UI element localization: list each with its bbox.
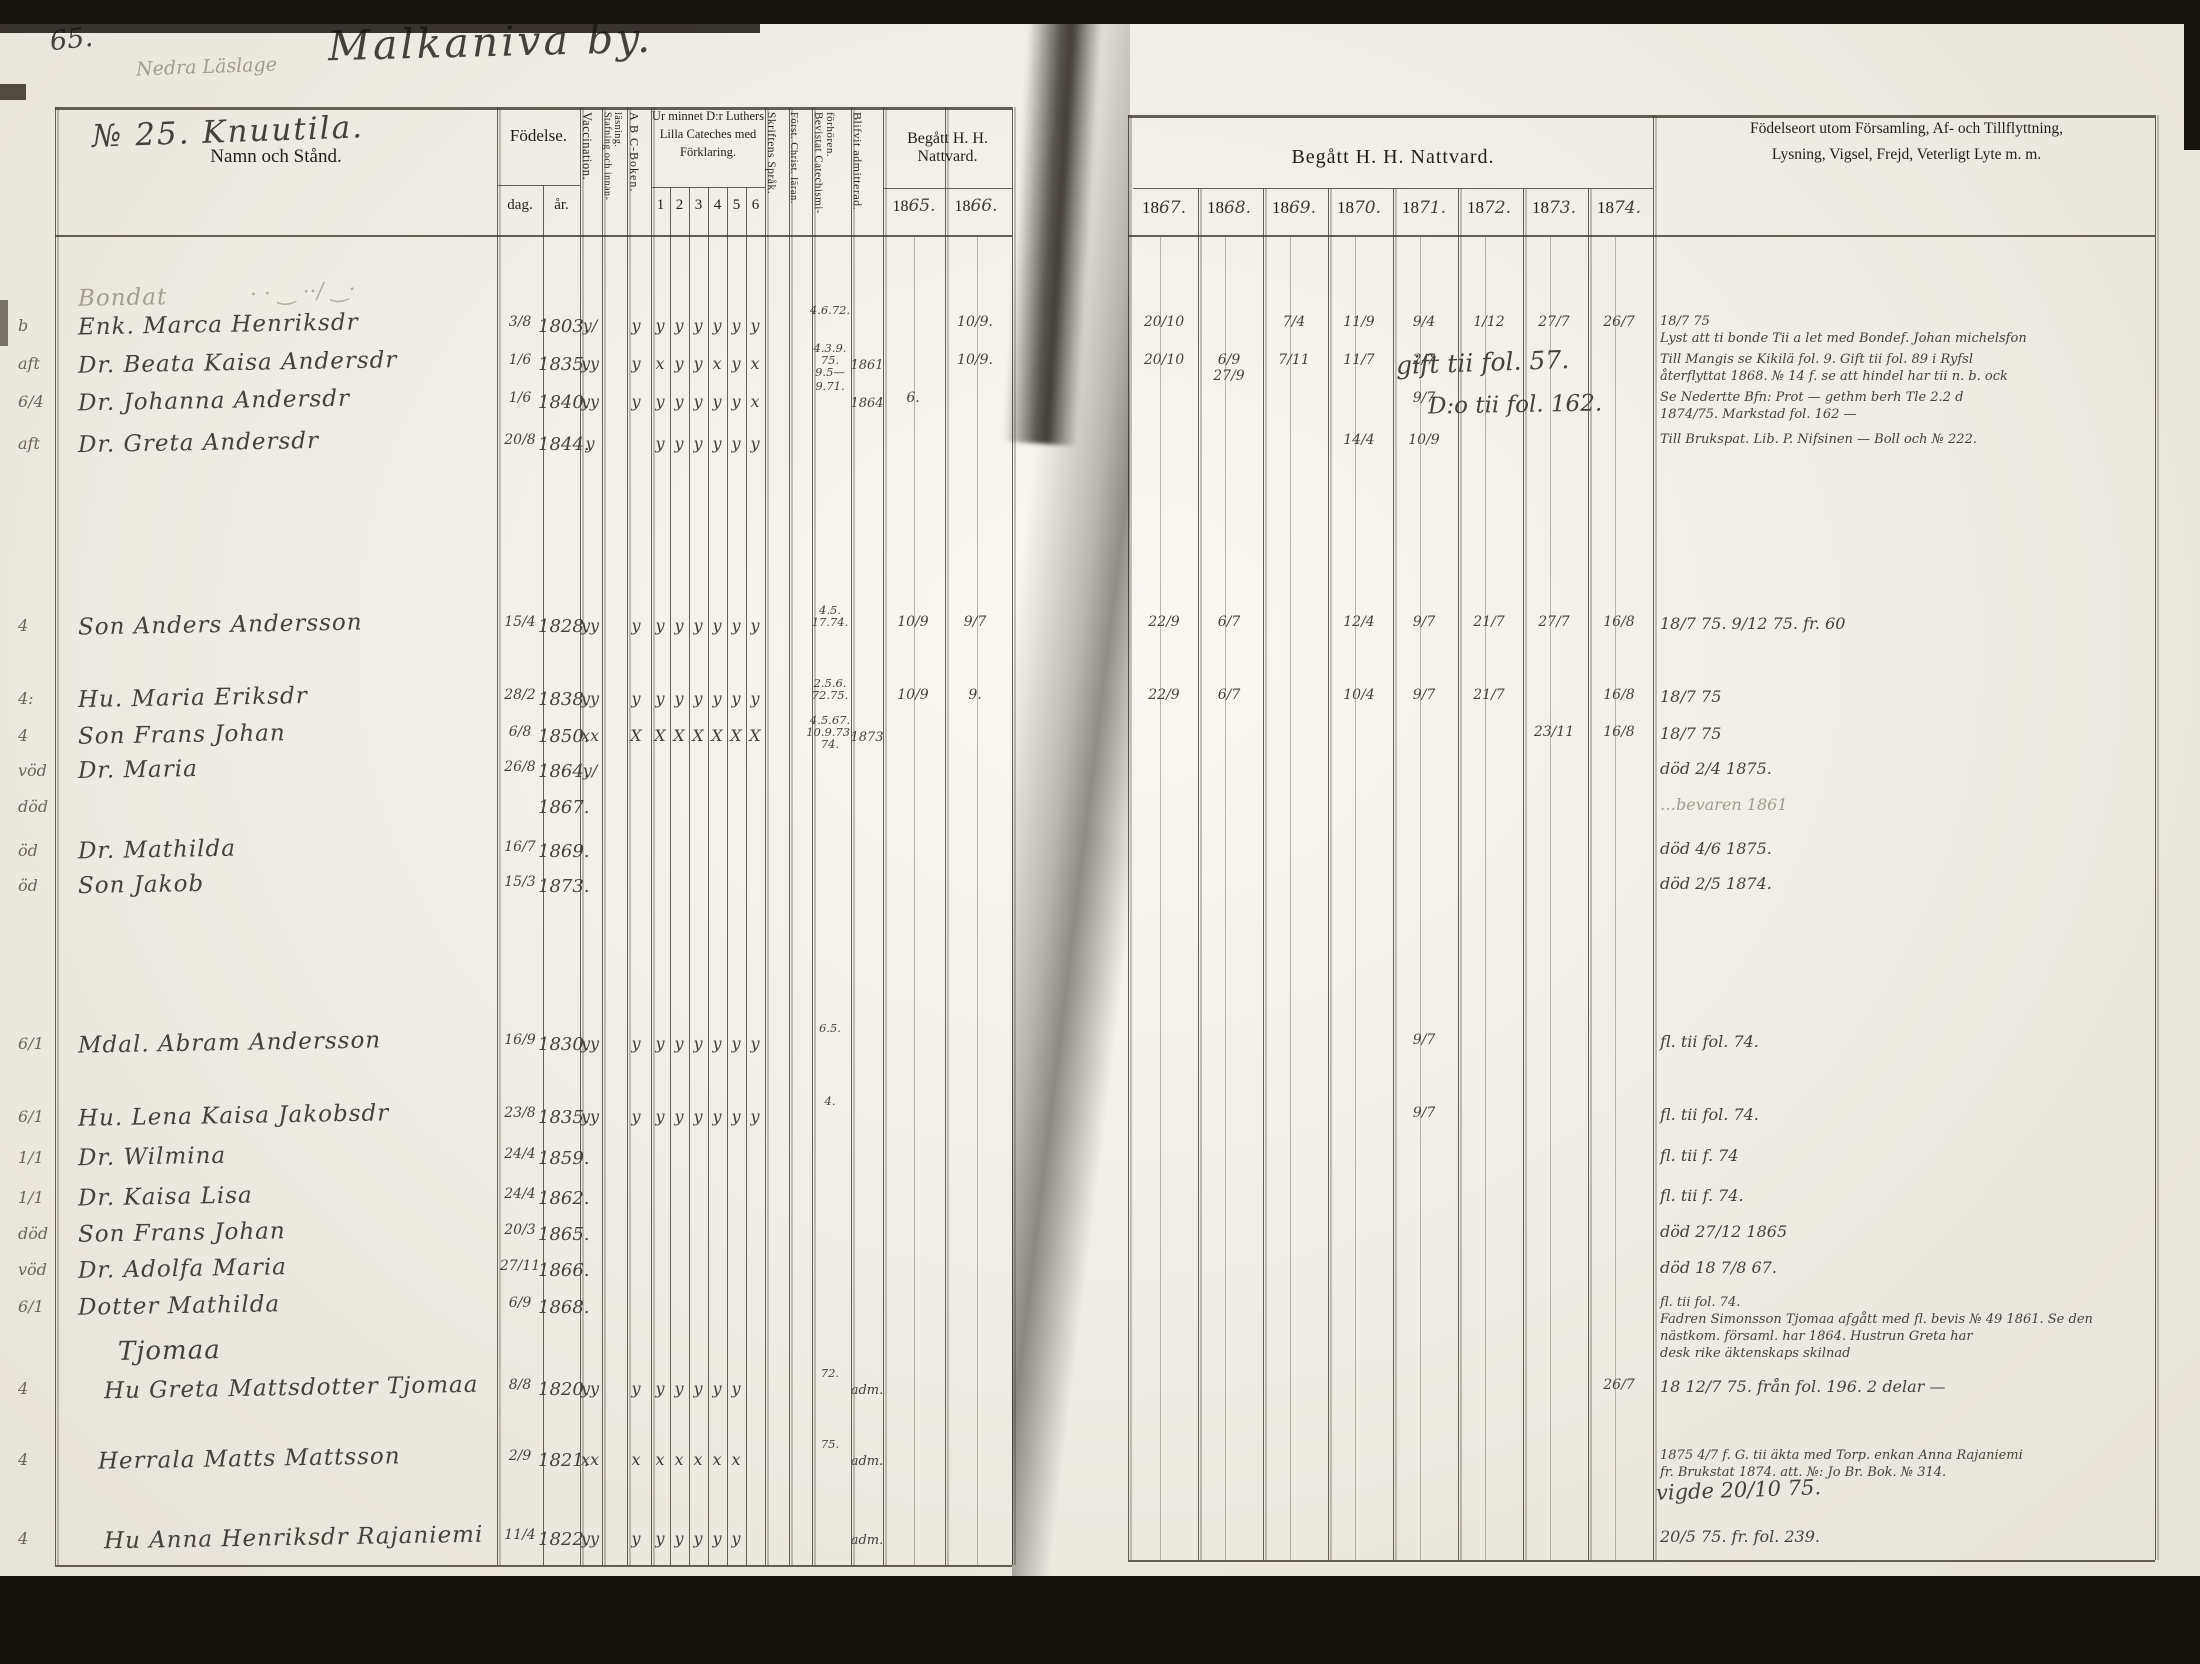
row-communion-date: 11/9 bbox=[1330, 314, 1388, 330]
row-progress-mark: yy bbox=[579, 1107, 601, 1126]
row-remark: 1875 4/7 f. G. tii äkta med Torp. enkan … bbox=[1660, 1448, 2154, 1482]
grid-vline bbox=[1653, 115, 1654, 1560]
grid-hline bbox=[883, 188, 1012, 189]
row-margin-note: 6/1 bbox=[18, 1034, 56, 1053]
row-name: Dr. Wilmina bbox=[78, 1143, 227, 1173]
row-margin-note: 1/1 bbox=[18, 1188, 56, 1207]
row-catechism-note: 4.5. 17.74. bbox=[804, 604, 856, 628]
row-progress-mark: y bbox=[625, 689, 647, 708]
row-communion-1865: 6. bbox=[885, 390, 941, 407]
row-name: Hu. Lena Kaisa Jakobsdr bbox=[78, 1100, 390, 1133]
row-name: Mdal. Abram Andersson bbox=[78, 1027, 382, 1060]
row-birth-day: 16/7 bbox=[497, 839, 543, 856]
row-birth-day: 23/8 bbox=[497, 1105, 543, 1122]
column-header-birth: Födelse. bbox=[497, 126, 580, 146]
row-communion-date: 16/8 bbox=[1590, 687, 1648, 703]
row-margin-note: aft bbox=[18, 434, 56, 453]
row-catechism-note: 9.71. bbox=[804, 380, 856, 392]
row-name: Dr. Maria bbox=[78, 756, 198, 786]
year-suffix: 66. bbox=[970, 196, 997, 216]
grid-vline bbox=[1128, 115, 1129, 1560]
row-birth-year: 1868. bbox=[538, 1297, 586, 1319]
row-communion-date: 27/7 bbox=[1525, 614, 1583, 630]
row-remark: död 2/5 1874. bbox=[1660, 874, 2154, 895]
column-header-vaccination: Vaccination. bbox=[580, 112, 593, 234]
row-communion-date: 22/9 bbox=[1135, 687, 1193, 703]
catechism-col-number: 3 bbox=[689, 197, 708, 214]
grid-vline bbox=[945, 107, 946, 1565]
row-progress-mark: x bbox=[744, 354, 766, 373]
section-label-tjomaa: Tjomaa bbox=[118, 1335, 221, 1368]
row-name: Dotter Mathilda bbox=[78, 1291, 281, 1322]
row-progress-mark: yy bbox=[579, 392, 601, 411]
row-remark: fl. tii f. 74 bbox=[1660, 1146, 2154, 1167]
row-progress-mark: y bbox=[625, 392, 647, 411]
row-admitted-note: adm. bbox=[847, 1533, 887, 1549]
row-margin-note: b bbox=[18, 316, 56, 335]
row-remark: fl. tii fol. 74. bbox=[1660, 1105, 2154, 1126]
scan-edge-mark bbox=[0, 84, 26, 100]
note-married-to-folio: gift tii fol. 57. bbox=[1396, 345, 1570, 381]
row-remark: död 4/6 1875. bbox=[1660, 839, 2154, 860]
catechism-col-number: 1 bbox=[651, 197, 670, 214]
scan-edge-mark bbox=[0, 300, 8, 346]
row-name: Son Frans Johan bbox=[78, 1218, 286, 1249]
row-remark: …bevaren 1861 bbox=[1660, 795, 2154, 816]
row-progress-mark: xx bbox=[579, 726, 601, 745]
row-progress-mark: y bbox=[625, 616, 647, 635]
row-birth-year: 1873. bbox=[538, 876, 586, 898]
year-prefix: 18 bbox=[1207, 198, 1224, 217]
grid-vline bbox=[602, 107, 603, 1565]
row-catechism-note: 4. bbox=[804, 1095, 856, 1107]
row-communion-date: 6/7 bbox=[1200, 687, 1258, 703]
row-margin-note: 6/4 bbox=[18, 392, 56, 411]
row-birth-year: 1859. bbox=[538, 1148, 586, 1170]
row-communion-date: 21/7 bbox=[1460, 614, 1518, 630]
grid-vline bbox=[1263, 188, 1264, 1560]
row-name: Dr. Mathilda bbox=[78, 836, 236, 866]
row-remark: Till Brukspat. Lib. P. Nifsinen — Boll o… bbox=[1660, 432, 2154, 449]
row-remark: 18/7 75 Lyst att ti bonde Tii a let med … bbox=[1660, 314, 2154, 348]
communion-year-1866: 1866. bbox=[947, 196, 1005, 216]
column-header-attended-examinations: Bevistat Catechismi-förhören. bbox=[812, 112, 852, 234]
column-header-catechism-1: Ur minnet D:r Luthers bbox=[651, 109, 765, 124]
row-communion-date: 16/8 bbox=[1590, 614, 1648, 630]
row-birth-year: 1862. bbox=[538, 1188, 586, 1210]
row-birth-year: 1866. bbox=[538, 1260, 586, 1282]
row-progress-mark: y bbox=[744, 434, 766, 453]
row-remark: 18/7 75 bbox=[1660, 687, 2154, 708]
row-communion-date: 20/10 bbox=[1135, 314, 1193, 330]
row-birth-year: 1869. bbox=[538, 841, 586, 863]
note-ditto-to-folio: D:o tii fol. 162. bbox=[1428, 390, 1603, 421]
row-birth-day: 28/2 bbox=[497, 687, 543, 704]
row-birth-year: 1867. bbox=[538, 797, 586, 819]
row-communion-date: 6/7 bbox=[1200, 614, 1258, 630]
row-communion-date: 9/7 bbox=[1395, 1105, 1453, 1121]
row-birth-day: 15/4 bbox=[497, 614, 543, 631]
year-suffix: 71. bbox=[1419, 198, 1446, 218]
row-name: Enk. Marca Henriksdr bbox=[78, 310, 359, 342]
row-name: Dr. Adolfa Maria bbox=[78, 1254, 287, 1285]
scan-edge-top-left bbox=[0, 24, 760, 33]
row-communion-1866: 9. bbox=[947, 687, 1003, 704]
grid-hline bbox=[1128, 235, 2155, 237]
grid-vline bbox=[977, 235, 978, 1565]
grid-vline bbox=[1198, 188, 1199, 1560]
grid-vline bbox=[1160, 235, 1161, 1560]
column-header-spelling: Stafning och innan-läsning. bbox=[601, 112, 627, 234]
row-name: Dr. Kaisa Lisa bbox=[78, 1182, 253, 1213]
row-margin-note: vöd bbox=[18, 761, 56, 780]
row-margin-note: vöd bbox=[18, 1260, 56, 1279]
row-name: Dr. Johanna Andersdr bbox=[78, 386, 350, 418]
row-birth-day: 11/4 bbox=[497, 1527, 543, 1544]
year-prefix: 18 bbox=[1337, 198, 1354, 217]
row-catechism-note: 75. bbox=[804, 1438, 856, 1450]
year-suffix: 70. bbox=[1354, 198, 1381, 218]
column-header-day: dag. bbox=[497, 197, 543, 214]
row-progress-mark: y bbox=[625, 1379, 647, 1398]
communion-year-cell: 1871. bbox=[1394, 198, 1454, 218]
row-communion-date: 14/4 bbox=[1330, 432, 1388, 448]
year-suffix: 67. bbox=[1159, 198, 1186, 218]
row-birth-day: 24/4 bbox=[497, 1186, 543, 1203]
year-prefix: 18 bbox=[1597, 198, 1614, 217]
row-birth-day: 16/9 bbox=[497, 1032, 543, 1049]
row-margin-note: död bbox=[18, 797, 56, 816]
catechism-col-number: 5 bbox=[727, 197, 746, 214]
row-progress-mark: y/ bbox=[579, 316, 601, 335]
year-suffix: 72. bbox=[1484, 198, 1511, 218]
row-communion-1865: 10/9 bbox=[885, 614, 941, 631]
row-remark: fl. tii fol. 74. bbox=[1660, 1032, 2154, 1053]
communion-year-cell: 1870. bbox=[1329, 198, 1389, 218]
row-catechism-note: 72. bbox=[804, 1367, 856, 1379]
row-communion-date: 7/11 bbox=[1265, 352, 1323, 368]
row-progress-mark: y bbox=[625, 1107, 647, 1126]
row-remark: fl. tii fol. 74. Fadren Simonsson Tjomaa… bbox=[1660, 1295, 2154, 1363]
column-header-catechism-3: Förklaring. bbox=[651, 145, 765, 160]
row-margin-note: öd bbox=[18, 876, 56, 895]
row-birth-day: 8/8 bbox=[497, 1377, 543, 1394]
row-progress-mark: y bbox=[744, 689, 766, 708]
row-name: Dr. Greta Andersdr bbox=[78, 428, 320, 460]
row-remark: 20/5 75. fr. fol. 239. bbox=[1660, 1527, 2154, 1548]
row-progress-mark: yy bbox=[579, 616, 601, 635]
year-prefix: 18 bbox=[1402, 198, 1419, 217]
row-margin-note: 4: bbox=[18, 689, 56, 708]
grid-hline bbox=[497, 185, 580, 186]
grid-vline bbox=[2155, 115, 2156, 1560]
grid-vline bbox=[1485, 235, 1486, 1560]
year-prefix: 18 bbox=[1272, 198, 1289, 217]
row-communion-date: 16/8 bbox=[1590, 724, 1648, 740]
row-birth-day: 6/9 bbox=[497, 1295, 543, 1312]
row-birth-day: 3/8 bbox=[497, 314, 543, 331]
row-progress-mark: y bbox=[625, 1034, 647, 1053]
communion-year-cell: 1869. bbox=[1264, 198, 1324, 218]
row-communion-date: 10/4 bbox=[1330, 687, 1388, 703]
row-progress-mark: yy bbox=[579, 1034, 601, 1053]
scan-edge-right bbox=[2184, 0, 2200, 150]
row-communion-date: 23/11 bbox=[1525, 724, 1583, 740]
row-communion-date: 9/7 bbox=[1395, 687, 1453, 703]
row-name: Bondat bbox=[78, 284, 168, 313]
row-remark: död 18 7/8 67. bbox=[1660, 1258, 2154, 1279]
grid-vline bbox=[1550, 235, 1551, 1560]
grid-vline bbox=[914, 235, 915, 1565]
grid-hline bbox=[1128, 115, 2155, 118]
row-margin-note: död bbox=[18, 1224, 56, 1243]
row-birth-day: 24/4 bbox=[497, 1146, 543, 1163]
row-birth-day: 2/9 bbox=[497, 1448, 543, 1465]
row-communion-date: 11/7 bbox=[1330, 352, 1388, 368]
column-header-year: år. bbox=[543, 197, 580, 214]
column-header-communion-left: Begått H. H. Nattvard. bbox=[883, 130, 1012, 166]
row-communion-date: 26/7 bbox=[1590, 1377, 1648, 1393]
row-progress-mark: y bbox=[725, 1379, 747, 1398]
year-suffix: 69. bbox=[1289, 198, 1316, 218]
row-communion-1866: 10/9. bbox=[947, 314, 1003, 331]
row-progress-mark: y/ bbox=[579, 761, 601, 780]
row-name: Son Jakob bbox=[78, 871, 205, 901]
year-prefix: 18 bbox=[1532, 198, 1549, 217]
row-margin-note: aft bbox=[18, 354, 56, 373]
row-admitted-note: adm. bbox=[847, 1383, 887, 1399]
row-progress-mark: yy bbox=[579, 1529, 601, 1548]
column-header-communion-right: Begått H. H. Nattvard. bbox=[1133, 146, 1653, 169]
row-admitted-note: 1864 bbox=[847, 396, 887, 412]
row-admitted-note: 1873 bbox=[847, 730, 887, 746]
row-communion-1866: 10/9. bbox=[947, 352, 1003, 369]
row-margin-note: 6/1 bbox=[18, 1107, 56, 1126]
row-margin-note: 4 bbox=[18, 1450, 56, 1469]
grid-vline bbox=[1393, 188, 1394, 1560]
row-progress-mark: yy bbox=[579, 1379, 601, 1398]
row-progress-mark: X bbox=[625, 726, 647, 745]
grid-vline bbox=[851, 107, 852, 1565]
row-communion-date: 20/10 bbox=[1135, 352, 1193, 368]
row-communion-date: 10/9 bbox=[1395, 432, 1453, 448]
year-prefix: 18 bbox=[1467, 198, 1484, 217]
grid-vline bbox=[789, 107, 790, 1565]
row-communion-date: 1/12 bbox=[1460, 314, 1518, 330]
column-header-remarks-line1: Födelseort utom Församling, Af- och Till… bbox=[1658, 120, 2155, 138]
row-catechism-note: 4.6.72. bbox=[804, 304, 856, 316]
grid-hline bbox=[55, 235, 1012, 237]
grid-hline bbox=[1128, 1560, 2155, 1562]
communion-year-cell: 1872. bbox=[1459, 198, 1519, 218]
grid-vline bbox=[1290, 235, 1291, 1560]
faded-scribble: · · ‿ ··/ ‿· bbox=[249, 277, 356, 309]
row-communion-date: 21/7 bbox=[1460, 687, 1518, 703]
grid-vline bbox=[1328, 188, 1329, 1560]
row-communion-date: 22/9 bbox=[1135, 614, 1193, 630]
row-margin-note: 1/1 bbox=[18, 1148, 56, 1167]
row-remark: 18/7 75. 9/12 75. fr. 60 bbox=[1660, 614, 2154, 635]
row-remark: fl. tii f. 74. bbox=[1660, 1186, 2154, 1207]
year-prefix: 18 bbox=[1142, 198, 1159, 217]
row-remark: Till Mangis se Kikilä fol. 9. Gift tii f… bbox=[1660, 352, 2154, 386]
row-birth-day: 20/8 bbox=[497, 432, 543, 449]
catechism-col-number: 2 bbox=[670, 197, 689, 214]
year-suffix: 68. bbox=[1224, 198, 1251, 218]
column-header-admitted: Blifvit admitterad. bbox=[851, 112, 864, 234]
year-prefix: 18 bbox=[954, 198, 970, 215]
communion-year-cell: 1873. bbox=[1524, 198, 1584, 218]
row-progress-mark: x bbox=[725, 1450, 747, 1469]
row-progress-mark: y bbox=[725, 1529, 747, 1548]
column-header-scripture: Skriftens Språk. bbox=[765, 112, 777, 234]
row-margin-note: 4 bbox=[18, 726, 56, 745]
row-remark: död 2/4 1875. bbox=[1660, 759, 2154, 780]
catechism-col-number: 4 bbox=[708, 197, 727, 214]
row-communion-date: 12/4 bbox=[1330, 614, 1388, 630]
grid-hline bbox=[55, 107, 1012, 110]
row-catechism-note: 6.5. bbox=[804, 1022, 856, 1034]
row-communion-date: 9/4 bbox=[1395, 314, 1453, 330]
row-communion-date: 7/4 bbox=[1265, 314, 1323, 330]
row-progress-mark: yy bbox=[579, 689, 601, 708]
row-margin-note: 4 bbox=[18, 1529, 56, 1548]
column-header-abc-book: A B C-Boken. bbox=[628, 112, 641, 234]
row-margin-note: öd bbox=[18, 841, 56, 860]
row-progress-mark: xx bbox=[579, 1450, 601, 1469]
row-progress-mark: y bbox=[744, 1034, 766, 1053]
row-communion-1866: 9/7 bbox=[947, 614, 1003, 631]
grid-vline bbox=[812, 107, 813, 1565]
row-birth-day: 27/11 bbox=[497, 1258, 543, 1275]
row-remark: Se Nedertte Bfn: Prot — gethm berh Tle 2… bbox=[1660, 390, 2154, 424]
row-admitted-note: adm. bbox=[847, 1454, 887, 1470]
grid-vline bbox=[1615, 235, 1616, 1560]
row-progress-mark: y bbox=[744, 616, 766, 635]
row-progress-mark: y bbox=[579, 434, 601, 453]
row-margin-note: 4 bbox=[18, 1379, 56, 1398]
row-birth-day: 26/8 bbox=[497, 759, 543, 776]
row-progress-mark: y bbox=[625, 1529, 647, 1548]
year-suffix: 65. bbox=[908, 196, 935, 216]
row-progress-mark: X bbox=[744, 726, 766, 745]
row-communion-1865: 10/9 bbox=[885, 687, 941, 704]
row-admitted-note: 1861 bbox=[847, 358, 887, 374]
row-margin-note: 6/1 bbox=[18, 1297, 56, 1316]
row-birth-day: 1/6 bbox=[497, 390, 543, 407]
scan-edge-top bbox=[0, 0, 2200, 24]
grid-hline bbox=[55, 1565, 1012, 1567]
communion-year-1865: 1865. bbox=[885, 196, 943, 216]
row-birth-day: 1/6 bbox=[497, 352, 543, 369]
communion-year-cell: 1868. bbox=[1199, 198, 1259, 218]
grid-vline bbox=[883, 107, 884, 1565]
row-communion-date: 9/7 bbox=[1395, 1032, 1453, 1048]
scan-edge-bottom bbox=[0, 1576, 2200, 1664]
column-header-remarks-line2: Lysning, Vigsel, Frejd, Veterligt Lyte m… bbox=[1658, 146, 2155, 164]
row-birth-year: 1865. bbox=[538, 1224, 586, 1246]
column-header-catechism-2: Lilla Cateches med bbox=[651, 127, 765, 142]
grid-vline bbox=[1012, 107, 1013, 1565]
communion-year-cell: 1867. bbox=[1134, 198, 1194, 218]
row-communion-date: 26/7 bbox=[1590, 314, 1648, 330]
row-remark: 18/7 75 bbox=[1660, 724, 2154, 745]
row-remark: död 27/12 1865 bbox=[1660, 1222, 2154, 1243]
row-progress-mark: y bbox=[744, 316, 766, 335]
row-progress-mark: x bbox=[744, 392, 766, 411]
row-name: Hu. Maria Eriksdr bbox=[78, 683, 308, 715]
row-catechism-note: 2.5.6. 72.75. bbox=[804, 677, 856, 701]
row-name: Son Frans Johan bbox=[78, 720, 286, 751]
row-birth-day: 20/3 bbox=[497, 1222, 543, 1239]
row-progress-mark: y bbox=[744, 1107, 766, 1126]
year-suffix: 74. bbox=[1614, 198, 1641, 218]
scanned-register-spread: 65. Nedra Läslage Malkaniva by. № 25. Kn… bbox=[0, 0, 2200, 1664]
row-progress-mark: x bbox=[625, 1450, 647, 1469]
column-header-name: Namn och Stånd. bbox=[55, 146, 497, 168]
row-communion-date: 6/9 27/9 bbox=[1200, 352, 1258, 384]
year-suffix: 73. bbox=[1549, 198, 1576, 218]
year-prefix: 18 bbox=[892, 198, 908, 215]
row-progress-mark: y bbox=[625, 316, 647, 335]
row-birth-day: 6/8 bbox=[497, 724, 543, 741]
row-margin-note: 4 bbox=[18, 616, 56, 635]
row-name: Herrala Matts Mattsson bbox=[98, 1443, 401, 1476]
row-remark: 18 12/7 75. från fol. 196. 2 delar — bbox=[1660, 1377, 2154, 1398]
column-header-christianity: Först. Christ. läran. bbox=[788, 112, 799, 234]
row-progress-mark: yy bbox=[579, 354, 601, 373]
row-name: Dr. Beata Kaisa Andersdr bbox=[78, 347, 398, 380]
row-progress-mark: y bbox=[625, 354, 647, 373]
row-communion-date: 27/7 bbox=[1525, 314, 1583, 330]
row-birth-day: 15/3 bbox=[497, 874, 543, 891]
row-communion-date: 9/7 bbox=[1395, 614, 1453, 630]
grid-vline bbox=[1225, 235, 1226, 1560]
row-name: Son Anders Andersson bbox=[78, 610, 363, 643]
catechism-col-number: 6 bbox=[746, 197, 765, 214]
communion-year-cell: 1874. bbox=[1589, 198, 1649, 218]
